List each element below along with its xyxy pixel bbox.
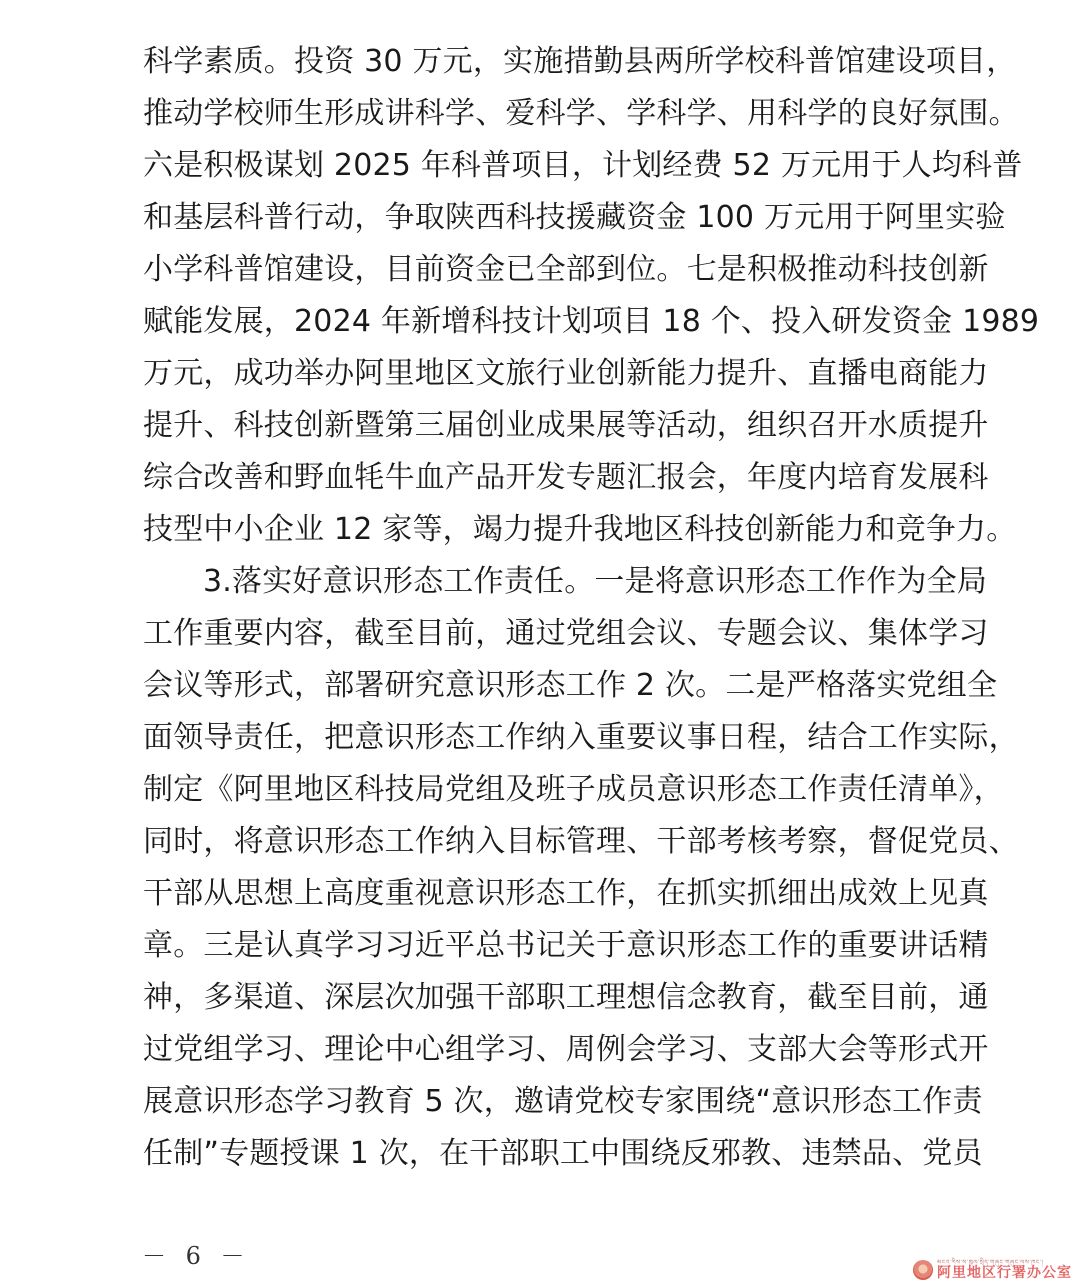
text-line: 面领导责任，把意识形态工作纳入重要议事日程，结合工作实际， bbox=[143, 712, 943, 764]
text-line: 赋能发展，2024 年新增科技计划项目 18 个、投入研发资金 1989 bbox=[143, 296, 943, 348]
text-line: 任制”专题授课 1 次，在干部职工中围绕反邪教、违禁品、党员 bbox=[143, 1128, 943, 1180]
source-watermark: མངའ་རིས་ས་ཁུལ་སྲིད་གཞུང་གཞུང་ལས་ཁང་། 阿里地… bbox=[913, 1260, 1072, 1280]
watermark-name: 阿里地区行署办公室 bbox=[937, 1266, 1072, 1280]
text-line: 工作重要内容，截至目前，通过党组会议、专题会议、集体学习 bbox=[143, 608, 943, 660]
text-line: 章。三是认真学习习近平总书记关于意识形态工作的重要讲话精 bbox=[143, 920, 943, 972]
text-line: 推动学校师生形成讲科学、爱科学、学科学、用科学的良好氛围。 bbox=[143, 88, 943, 140]
section-heading-line: 3.落实好意识形态工作责任。一是将意识形态工作作为全局 bbox=[143, 556, 943, 608]
watermark-text: མངའ་རིས་ས་ཁུལ་སྲིད་གཞུང་གཞུང་ལས་ཁང་། 阿里地… bbox=[937, 1260, 1072, 1280]
text-line: 同时，将意识形态工作纳入目标管理、干部考核考察，督促党员、 bbox=[143, 816, 943, 868]
page-number: － 6 － bbox=[142, 1236, 251, 1271]
text-line: 提升、科技创新暨第三届创业成果展等活动，组织召开水质提升 bbox=[143, 400, 943, 452]
text-line: 制定《阿里地区科技局党组及班子成员意识形态工作责任清单》， bbox=[143, 764, 943, 816]
text-line: 综合改善和野血牦牛血产品开发专题汇报会，年度内培育发展科 bbox=[143, 452, 943, 504]
text-line: 六是积极谋划 2025 年科普项目，计划经费 52 万元用于人均科普 bbox=[143, 140, 943, 192]
document-body: 科学素质。投资 30 万元，实施措勤县两所学校科普馆建设项目， 推动学校师生形成… bbox=[143, 36, 943, 1180]
text-line: 科学素质。投资 30 万元，实施措勤县两所学校科普馆建设项目， bbox=[143, 36, 943, 88]
text-line: 会议等形式，部署研究意识形态工作 2 次。二是严格落实党组全 bbox=[143, 660, 943, 712]
text-line: 过党组学习、理论中心组学习、周例会学习、支部大会等形式开 bbox=[143, 1024, 943, 1076]
text-line: 技型中小企业 12 家等，竭力提升我地区科技创新能力和竞争力。 bbox=[143, 504, 943, 556]
text-line: 万元，成功举办阿里地区文旅行业创新能力提升、直播电商能力 bbox=[143, 348, 943, 400]
emblem-icon bbox=[913, 1260, 933, 1280]
text-line: 小学科普馆建设，目前资金已全部到位。七是积极推动科技创新 bbox=[143, 244, 943, 296]
text-line: 干部从思想上高度重视意识形态工作，在抓实抓细出成效上见真 bbox=[143, 868, 943, 920]
text-line: 展意识形态学习教育 5 次，邀请党校专家围绕“意识形态工作责 bbox=[143, 1076, 943, 1128]
text-line: 神，多渠道、深层次加强干部职工理想信念教育，截至目前，通 bbox=[143, 972, 943, 1024]
text-line: 和基层科普行动，争取陕西科技援藏资金 100 万元用于阿里实验 bbox=[143, 192, 943, 244]
